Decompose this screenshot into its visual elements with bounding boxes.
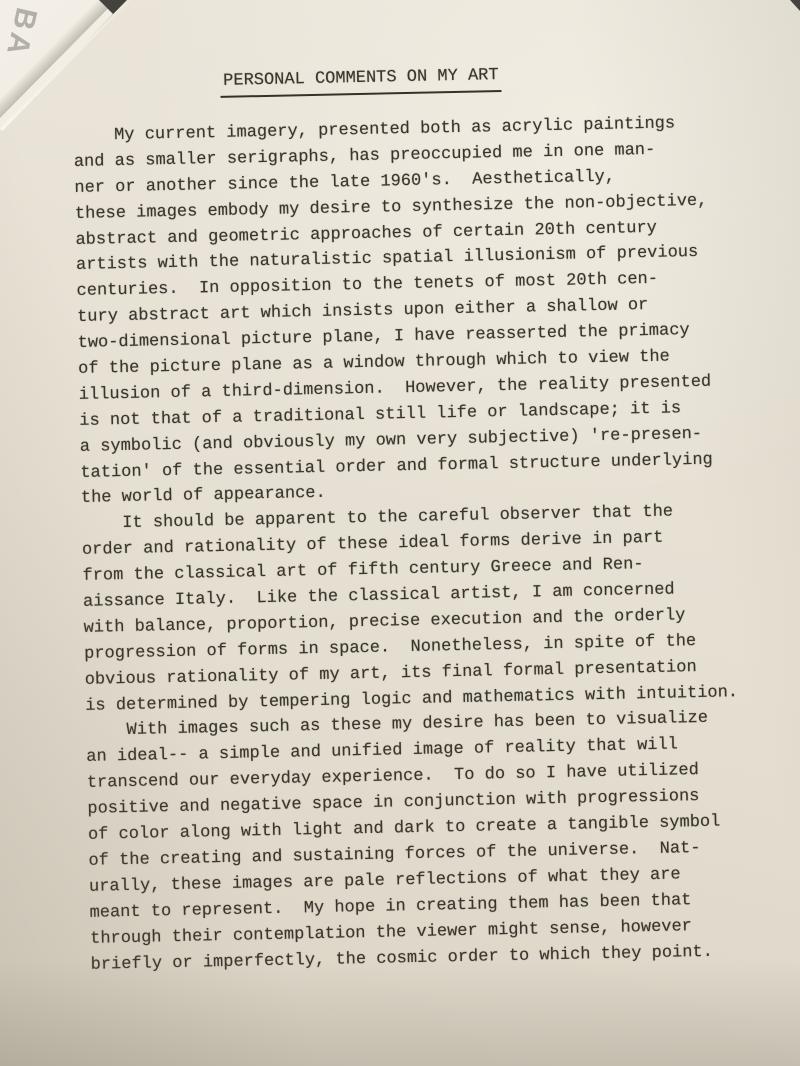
- document-content: PERSONAL COMMENTS ON MY ART My current i…: [72, 58, 781, 979]
- paragraph: It should be apparent to the careful obs…: [81, 498, 775, 720]
- document-title: PERSONAL COMMENTS ON MY ART: [220, 63, 502, 98]
- background-page-marking: BA: [0, 4, 43, 62]
- document-page: PERSONAL COMMENTS ON MY ART My current i…: [0, 0, 800, 1066]
- paragraph: With images such as these my desire has …: [86, 705, 781, 978]
- title-row: PERSONAL COMMENTS ON MY ART: [220, 58, 762, 95]
- paragraph: My current imagery, presented both as ac…: [73, 110, 771, 513]
- document-body: My current imagery, presented both as ac…: [73, 110, 781, 979]
- photo-backdrop: BA PERSONAL COMMENTS ON MY ART My curren…: [0, 0, 800, 1066]
